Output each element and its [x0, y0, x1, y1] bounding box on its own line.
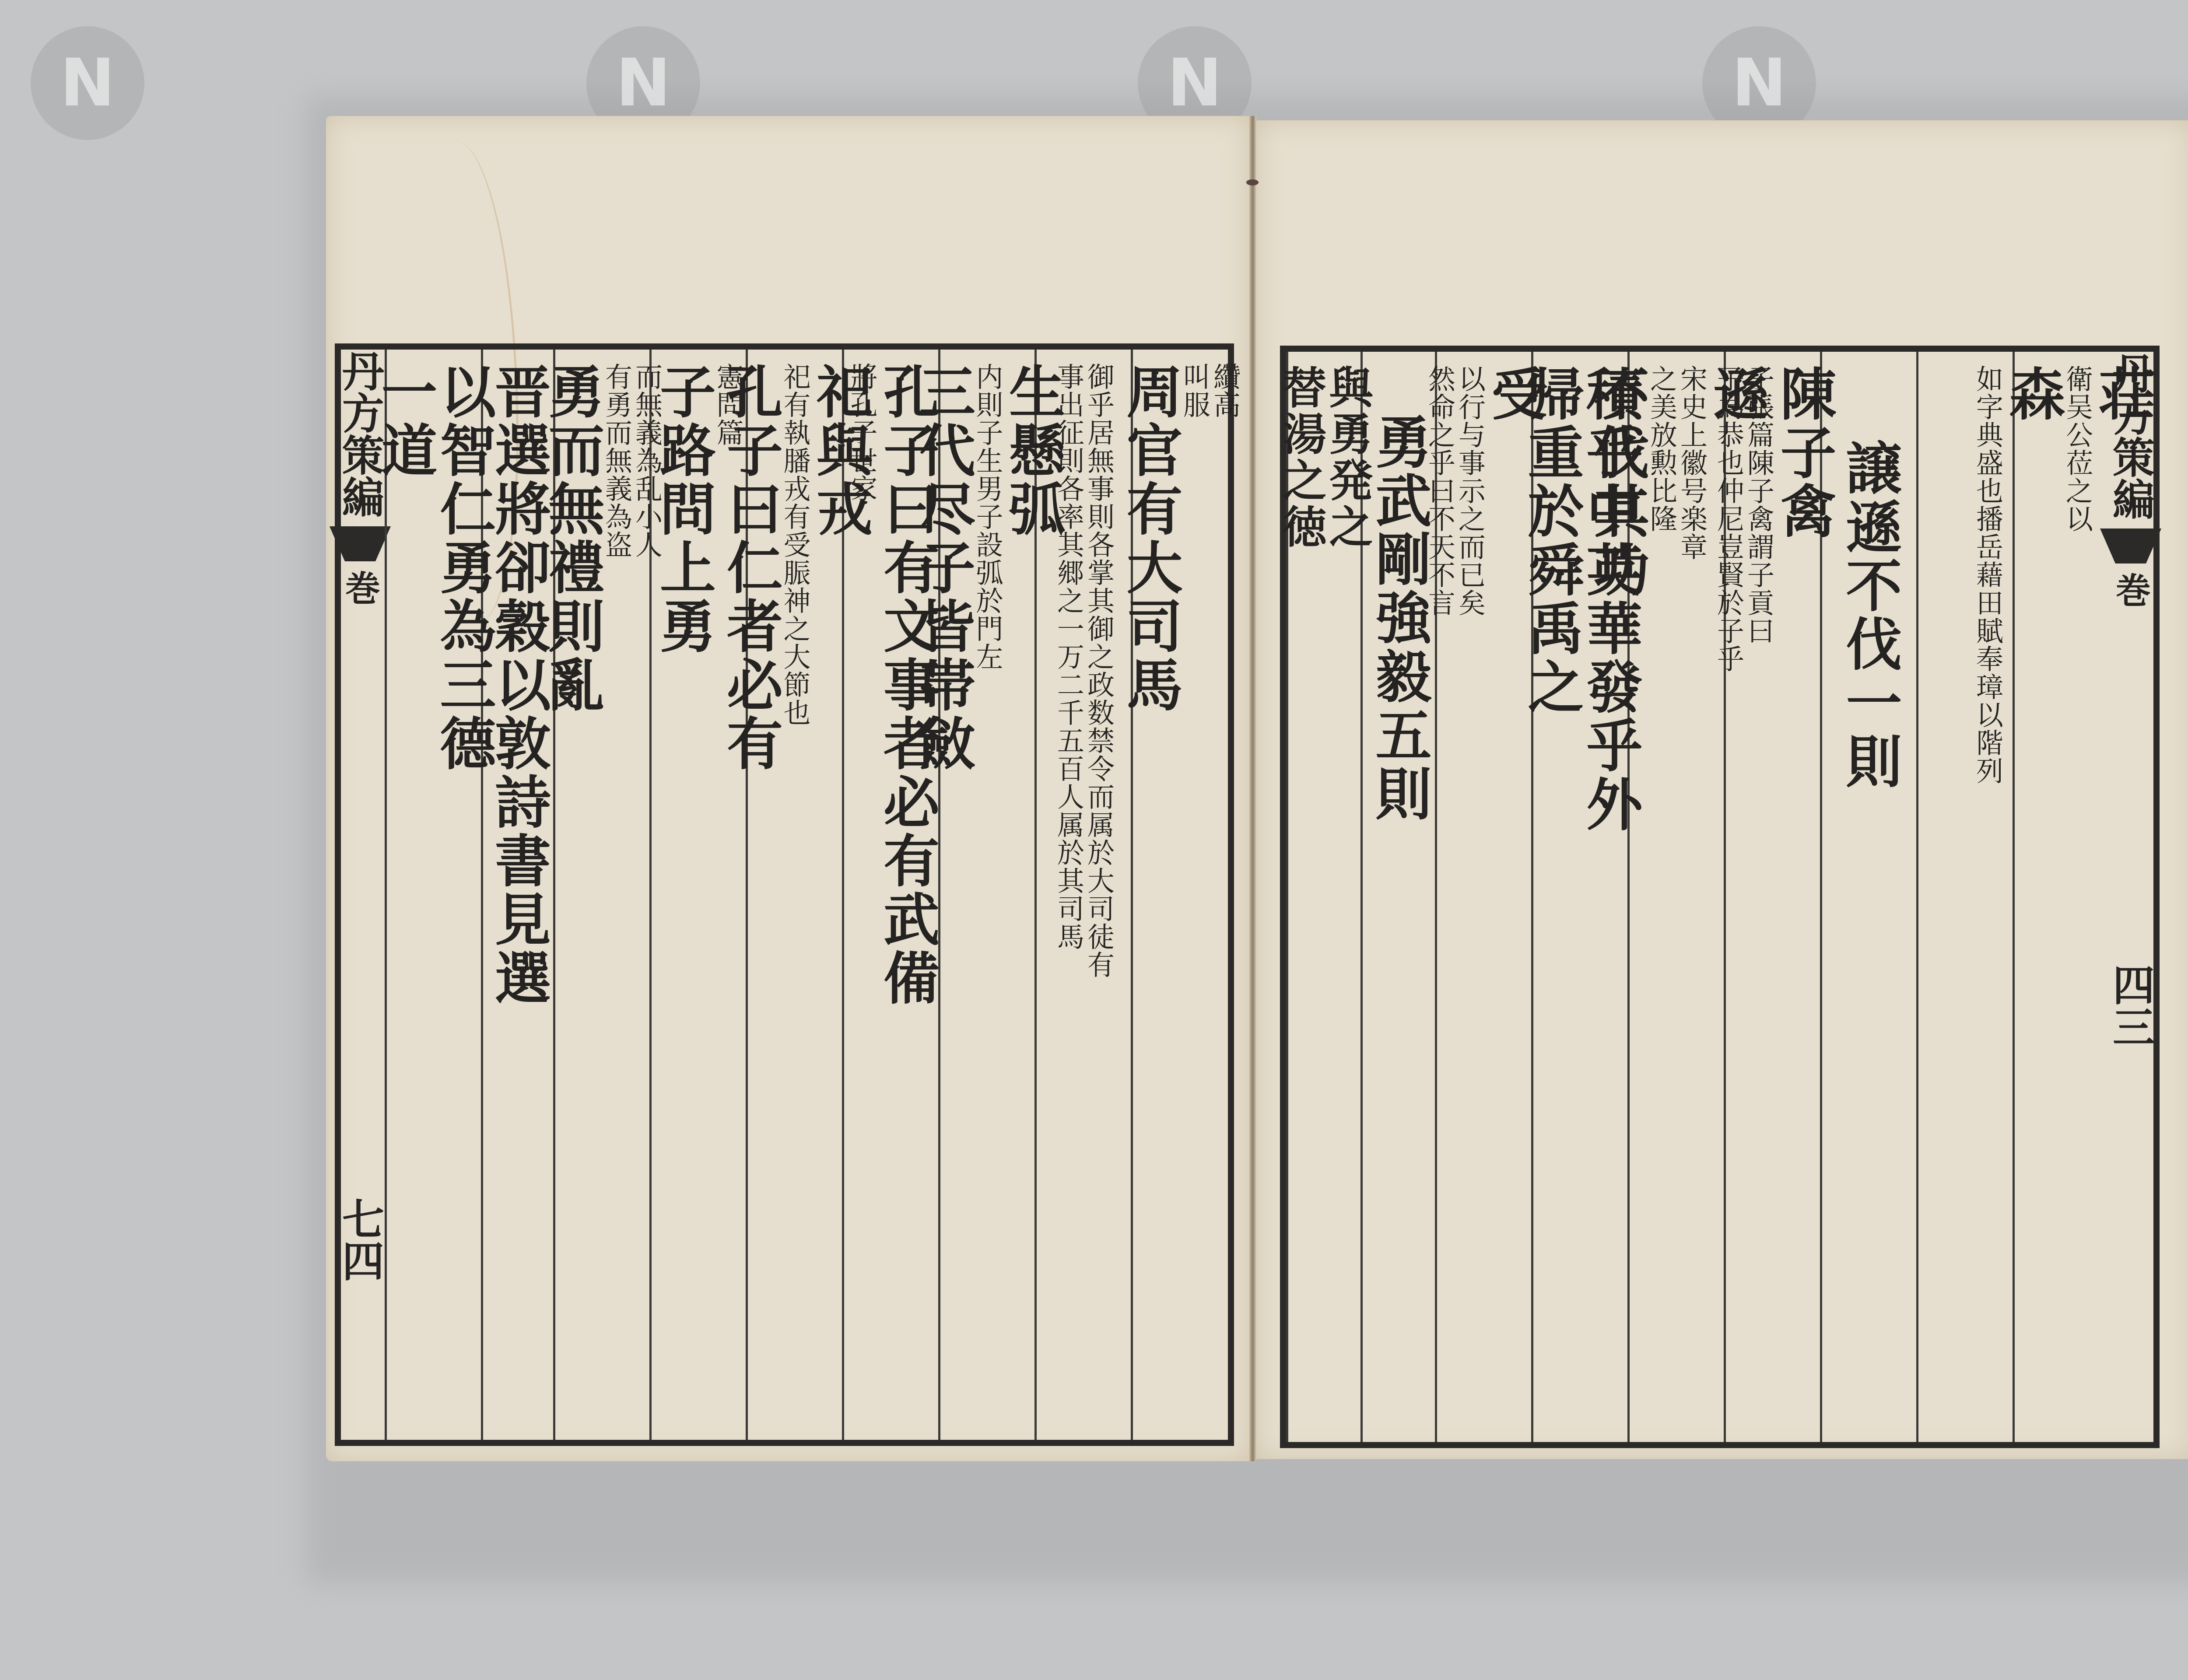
annotation: 以行与事示之而已矣 [1456, 365, 1484, 617]
heading-text: 陳子禽 [1776, 365, 1832, 541]
heading-text: 積乎中英華發乎外 [1582, 365, 1638, 834]
heading-text: 與勇発之 [1326, 365, 1370, 550]
text-column: 生懸弧 内則子生男子設弧於門左 三代尽子皆帯斂 [938, 350, 1034, 1440]
annotation: 御乎居無事則各掌其御之政数禁令而属於大司徒有 [1085, 363, 1113, 979]
annotation: 之美放勲比隆 [1647, 365, 1676, 561]
text-column: 祀與戎 祀有執膰戎有受脤神之大節也 孔子曰仁者必有 [746, 350, 842, 1440]
annotation: 憲問篇 [714, 363, 742, 447]
left-page-frame: 丹方策編 巻 七四 纘高叫服 周官有大司馬 御乎居無事則各掌其御之政数禁令而属於… [335, 343, 1234, 1446]
section-heading: 譲遜不伐一則 [1841, 439, 1897, 791]
heading-text: 生懸弧 [1004, 363, 1060, 539]
text-column: 受 以行与事示之而已矣然命之乎曰不天不言 [1435, 352, 1531, 1442]
heading-text: 祀與戎 [812, 363, 868, 539]
annotation: 内則子生男子設弧於門左 [973, 363, 1002, 671]
text-column: 憲問篇 子路問上勇 [649, 350, 746, 1440]
heading-text: 孔子曰有文事者必有武備 [879, 363, 935, 1008]
text-column: 積乎中英華發乎外 帰重於舜禹之 [1531, 352, 1627, 1442]
annotation: 祀有執膰戎有受脤神之大節也 [781, 363, 809, 727]
annotation: 衛吴公莅之以 [2063, 365, 2092, 533]
heading-text: 晋選將卻穀以敦詩書見選 [490, 363, 546, 1008]
section-heading: 勇武剛強毅五則 [1371, 413, 1427, 823]
annotation: 而無義為乱小人 [633, 363, 661, 559]
annotation: 有勇而無義為盗 [602, 363, 631, 559]
annotation: 纘高 [1211, 363, 1239, 419]
heading-text: 以智仁勇為三德 [435, 363, 491, 773]
heading-text: 森 [2005, 365, 2061, 423]
text-column [1916, 352, 2013, 1442]
watermark-logo-icon: N [31, 26, 144, 140]
text-column: 荘 衛吴公莅之以 森 如字典盛也播岳藉田賦奉璋以階列 [2013, 352, 2109, 1442]
heading-text: 荘 [2094, 365, 2150, 423]
heading-text: 遜 [1709, 365, 1765, 423]
heading-text: 受 [1487, 365, 1543, 423]
heading-text: 子路問上勇 [655, 363, 711, 656]
text-column: 與勇発之 替湯之徳 [1286, 352, 1360, 1442]
text-column: 以智仁勇為三德 一道 [385, 350, 481, 1440]
binding-thread-hole [1246, 179, 1259, 185]
left-page-margin: 丹方策編 巻 七四 [341, 350, 379, 1439]
heading-text: 一道 [377, 363, 433, 480]
heading-text: 替湯之徳 [1280, 365, 1323, 550]
annotation: 宋史上徽号楽章 [1678, 365, 1706, 561]
text-column: 纘高叫服 周官有大司馬 [1131, 350, 1228, 1440]
annotation: 叫服 [1180, 363, 1209, 419]
text-column: 而無義為乱小人有勇而無義為盗 勇而無禮則亂 [553, 350, 649, 1440]
book-gutter [1249, 116, 1256, 1461]
right-page-frame: 丹方策編 巻 四三 荘 衛吴公莅之以 森 如字典盛也播岳藉田賦奉璋以階列 譲遜不… [1280, 346, 2160, 1448]
